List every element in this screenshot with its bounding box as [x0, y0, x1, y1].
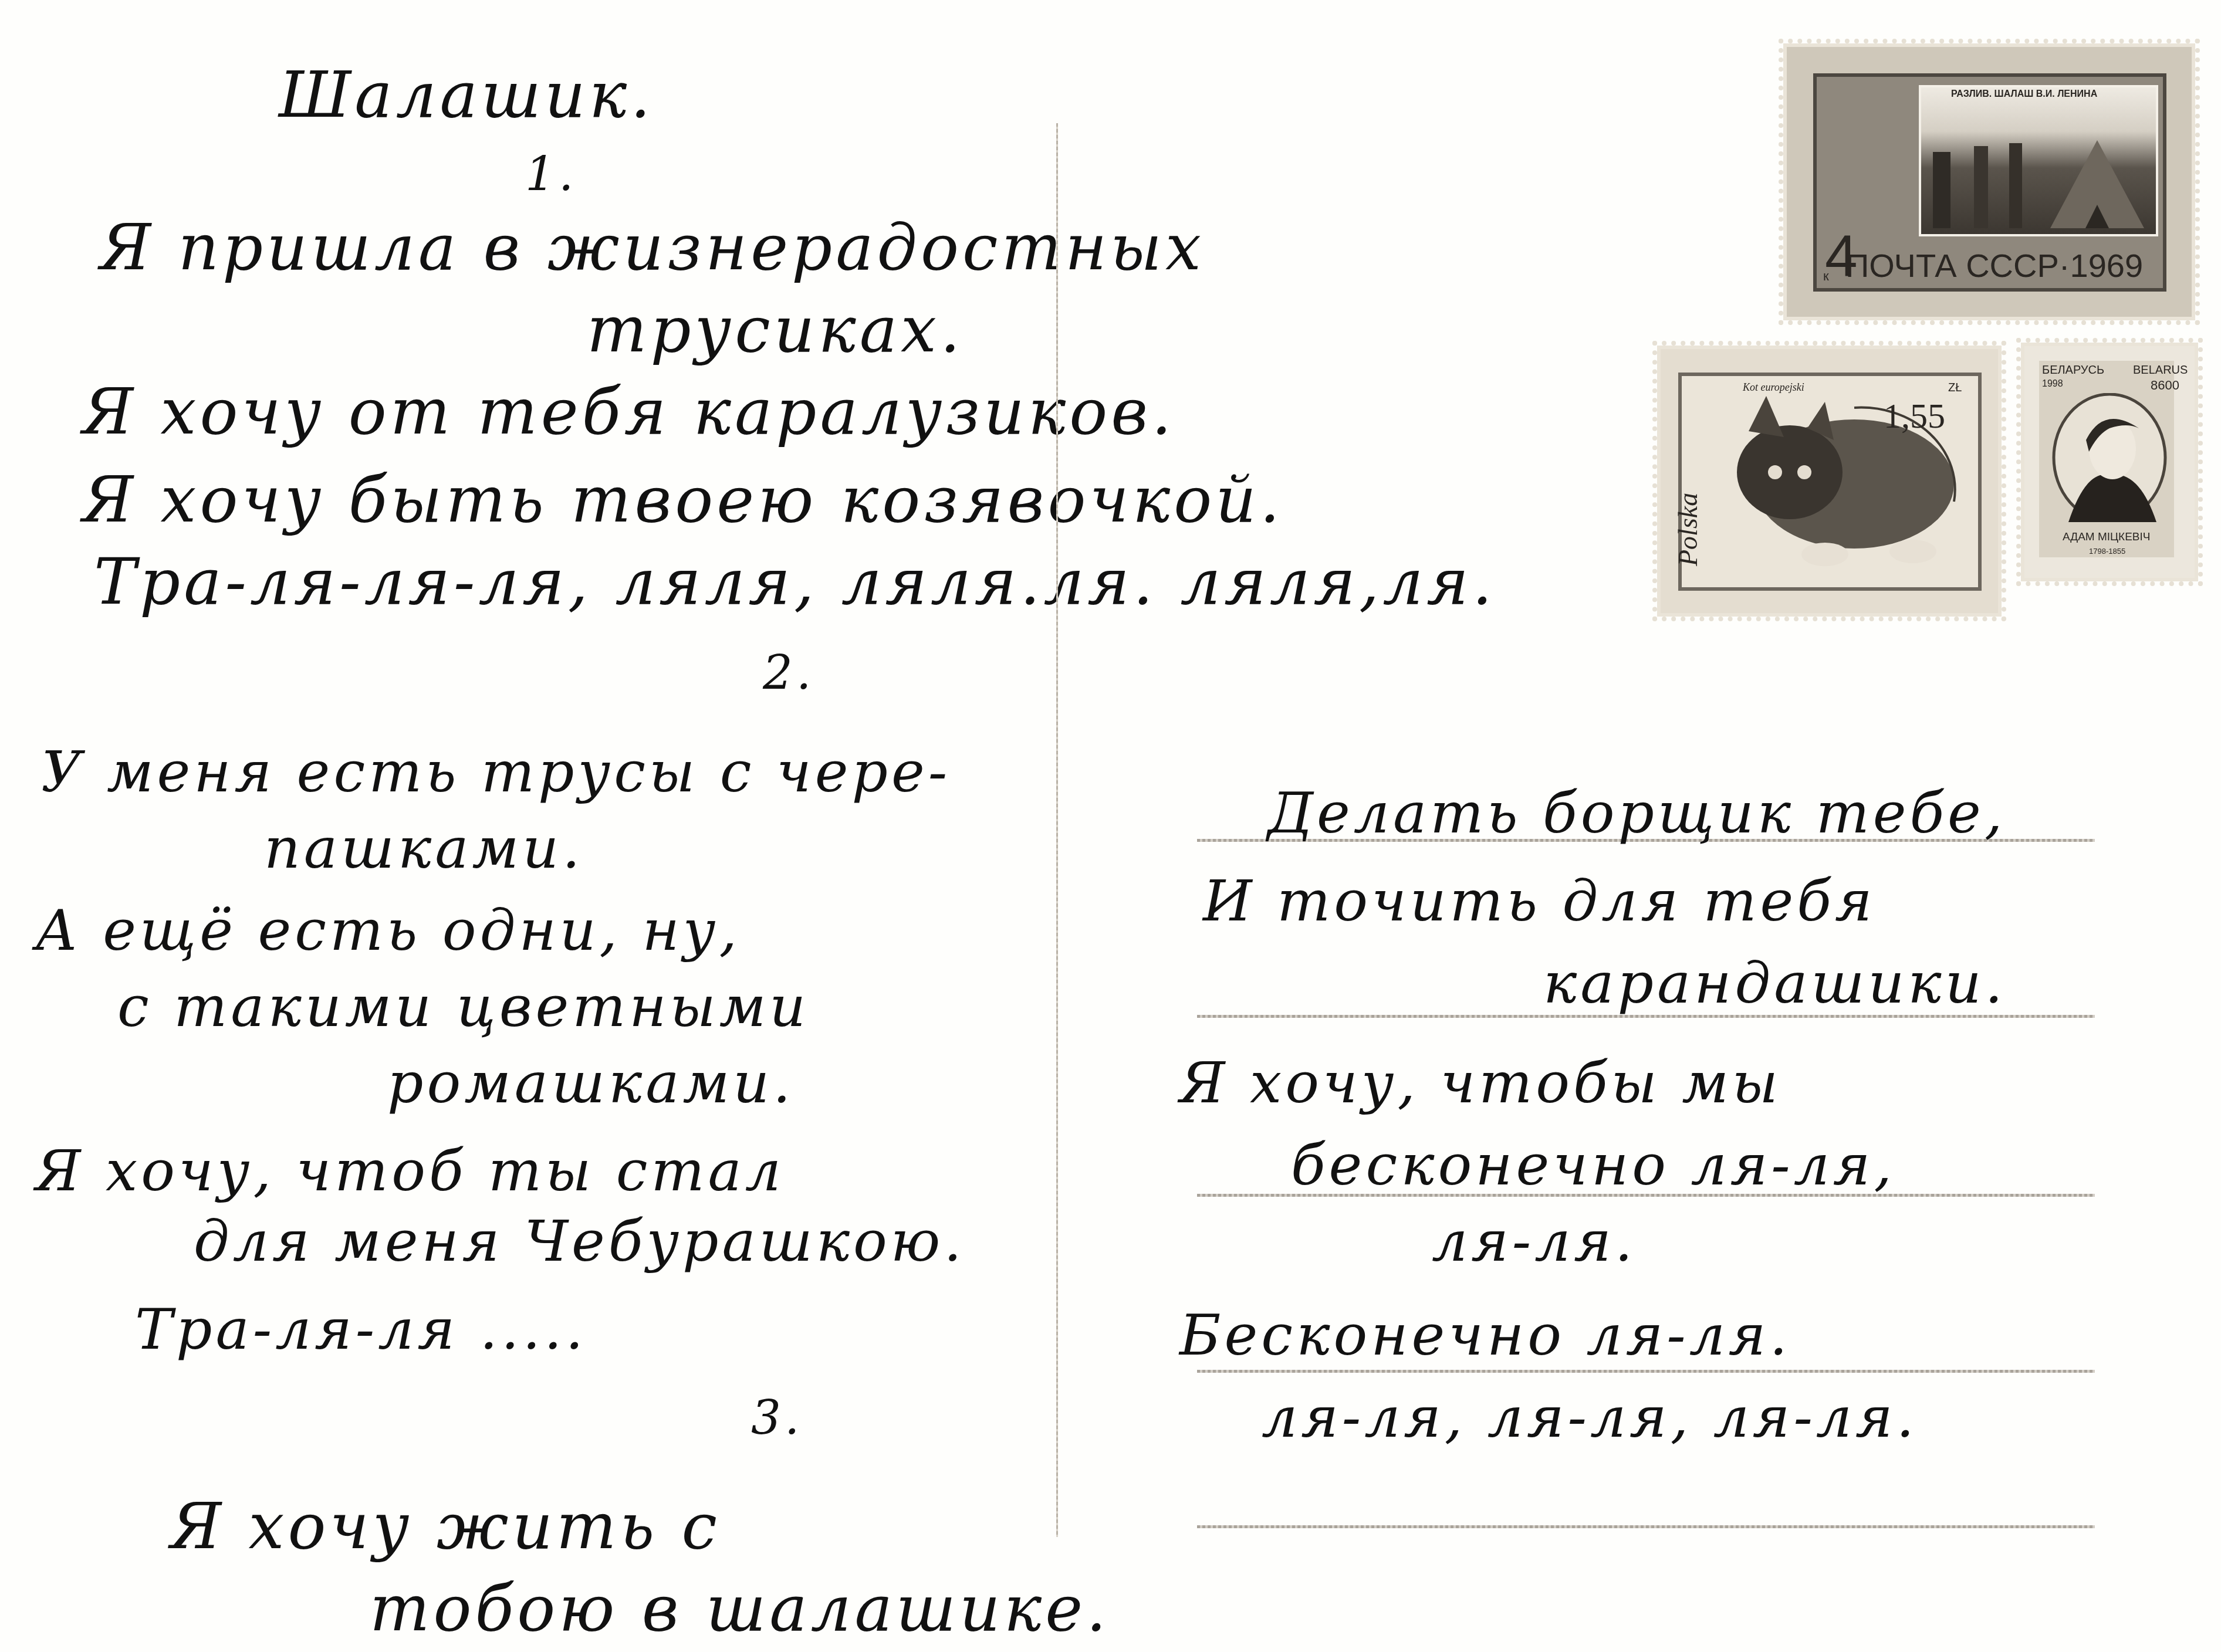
belarus-dates: 1798-1855: [2089, 547, 2125, 556]
verse-line: пашками.: [264, 815, 584, 881]
belarus-stamp: БЕЛАРУСЬ BELARUS 1998 8600 АДАМ МІЦКЕВІЧ…: [2024, 346, 2195, 578]
right-line: Я хочу, чтобы мы: [1179, 1050, 1781, 1116]
right-line: Бесконечно ля-ля.: [1179, 1302, 1791, 1368]
verse-line: Я хочу быть твоею козявочкой.: [82, 463, 1283, 537]
verse-line: У меня есть трусы с чере-: [41, 739, 951, 805]
address-line: [1197, 1525, 2095, 1528]
verse-number: 1.: [525, 147, 577, 201]
verse-line: трусиках.: [587, 293, 964, 367]
soviet-stamp: РАЗЛИВ. ШАЛАШ В.И. ЛЕНИНА 4 к ПОЧТА СССР…: [1787, 47, 2192, 317]
belarus-person: АДАМ МІЦКЕВІЧ: [2063, 531, 2150, 544]
verse-number: 2.: [763, 645, 814, 700]
right-line: Делать борщик тебе,: [1267, 780, 2006, 846]
verse-line: Я хочу, чтоб ты стал: [35, 1138, 785, 1204]
verse-line: тобою в шалашике.: [370, 1572, 1110, 1646]
right-line: карандашики.: [1543, 950, 2006, 1016]
right-line: бесконечно ля-ля,: [1291, 1132, 1895, 1198]
right-line: ля-ля.: [1432, 1208, 1636, 1274]
belarus-country-by: БЕЛАРУСЬ: [2042, 364, 2104, 377]
verse-line: с такими цветными: [117, 974, 809, 1040]
right-line: И точить для тебя: [1203, 868, 1875, 934]
polish-cat-stamp: Kot europejski 1,55 ZŁ Polska: [1661, 349, 1998, 613]
center-divider: [1056, 123, 1058, 1537]
verse-line: Я хочу жить с: [170, 1490, 721, 1563]
belarus-value: 8600: [2151, 378, 2179, 393]
hut-picture: [1919, 85, 2158, 236]
belarus-country-en: BELARUS: [2133, 364, 2188, 377]
verse-line: Тра-ля-ля .....: [135, 1296, 587, 1362]
cat-stamp-country: Polska: [1672, 493, 1703, 566]
belarus-year: 1998: [2042, 379, 2063, 390]
cat-stamp-caption: Kot europejski: [1743, 381, 1804, 394]
verse-line: Я пришла в жизнерадостных: [100, 211, 1205, 285]
verse-line: Я хочу от тебя каралузиков.: [82, 375, 1175, 449]
cat-stamp-value: 1,55: [1884, 396, 1945, 436]
hut-icon: [1921, 87, 2156, 234]
address-line: [1197, 1370, 2095, 1373]
verse-line: А ещё есть одни, ну,: [35, 898, 741, 963]
soviet-stamp-unit: к: [1823, 269, 1829, 284]
verse-line: для меня Чебурашкою.: [194, 1208, 965, 1274]
postcard: Шалашик. 1. Я пришла в жизнерадостных тр…: [0, 0, 2221, 1652]
cat-stamp-unit: ZŁ: [1948, 381, 1962, 395]
verse-line: Тра-ля-ля-ля, ляля, ляля.ля. ляля,ля.: [94, 546, 1496, 619]
soviet-stamp-caption: РАЗЛИВ. ШАЛАШ В.И. ЛЕНИНА: [1951, 89, 2097, 100]
portrait-picture: [2051, 393, 2168, 522]
soviet-stamp-country: ПОЧТА СССР·1969: [1845, 246, 2143, 285]
verse-number: 3.: [751, 1390, 803, 1445]
verse-line: ромашками.: [387, 1050, 795, 1116]
poem-title: Шалашик.: [279, 59, 654, 132]
right-line: ля-ля, ля-ля, ля-ля.: [1262, 1384, 1918, 1450]
